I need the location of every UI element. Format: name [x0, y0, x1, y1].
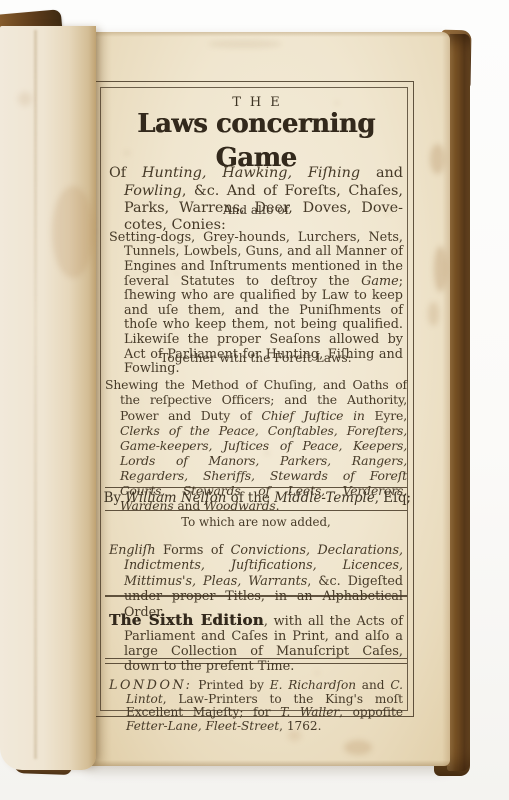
text-run: , oppoſite	[339, 705, 403, 719]
title-page: THE Laws concerning Game Of Hunting, Haw…	[86, 32, 450, 766]
double-rule	[105, 658, 407, 664]
text-run: and	[356, 678, 390, 692]
text-run: E. Richardſon	[270, 678, 356, 692]
text-run: Forms of	[156, 542, 231, 557]
edition-blackletter: The Sixth Edition	[109, 611, 264, 629]
horizontal-rule	[105, 595, 407, 597]
page-bottom-edge	[86, 760, 450, 766]
text-run: T. Waller	[280, 705, 339, 719]
foxing-stain	[208, 40, 282, 48]
text-run: , Eſq;	[375, 490, 411, 506]
printed-border: THE Laws concerning Game Of Hunting, Haw…	[94, 81, 414, 717]
photo-background: THE Laws concerning Game Of Hunting, Haw…	[0, 0, 509, 800]
text-run: William Nelſon	[125, 490, 226, 506]
text-run: By	[104, 490, 126, 506]
foxing-stain	[18, 92, 32, 106]
horizontal-rule	[105, 510, 407, 511]
text-run: and	[360, 165, 403, 181]
text-run: Hunting, Hawking, Fiſhing	[142, 165, 360, 181]
english-forms-paragraph: Engliſh Forms of Convictions, Declaratio…	[109, 542, 403, 620]
imprint-paragraph: LONDON: Printed by E. Richardſon and C. …	[109, 679, 403, 733]
horizontal-rule	[105, 487, 407, 488]
page-right-edge	[442, 32, 450, 766]
foxing-stain	[344, 740, 372, 755]
text-run: of the	[226, 490, 274, 506]
author-line: By William Nelſon of the Middle-Temple, …	[104, 490, 405, 506]
subtitle-paragraph: Of Hunting, Hawking, Fiſhing and Fowling…	[109, 165, 403, 234]
text-run: , 1762.	[279, 719, 321, 733]
forest-laws-heading: Together with the Foreſt Laws:	[109, 351, 403, 365]
text-run: Printed by	[193, 678, 270, 692]
text-run: Of	[109, 165, 142, 181]
text-run: Fetter-Lane, Fleet-Street	[126, 719, 279, 733]
edition-paragraph: The Sixth Edition, with all the Acts of …	[109, 613, 403, 674]
text-run: Engliſh	[109, 542, 156, 557]
text-run: Setting-dogs, Grey-hounds, Lurchers, Net…	[109, 230, 403, 289]
page-crease	[34, 30, 37, 759]
facing-page	[0, 26, 96, 770]
text-run: Eyre	[375, 408, 404, 423]
foxing-stain	[52, 186, 94, 278]
text-run: ,	[403, 408, 407, 423]
foxing-stain	[428, 302, 439, 326]
now-added-heading: To which are now added,	[109, 515, 403, 529]
and-also-of-heading: And alſo of	[109, 203, 403, 217]
page-top-edge	[86, 32, 450, 37]
text-run: Middle-Temple	[274, 490, 375, 506]
text-run: Chief Juſtice in	[261, 408, 374, 423]
leather-board-edge	[447, 34, 470, 771]
text-run: Fowling	[124, 183, 182, 199]
text-run: Game	[361, 274, 399, 289]
